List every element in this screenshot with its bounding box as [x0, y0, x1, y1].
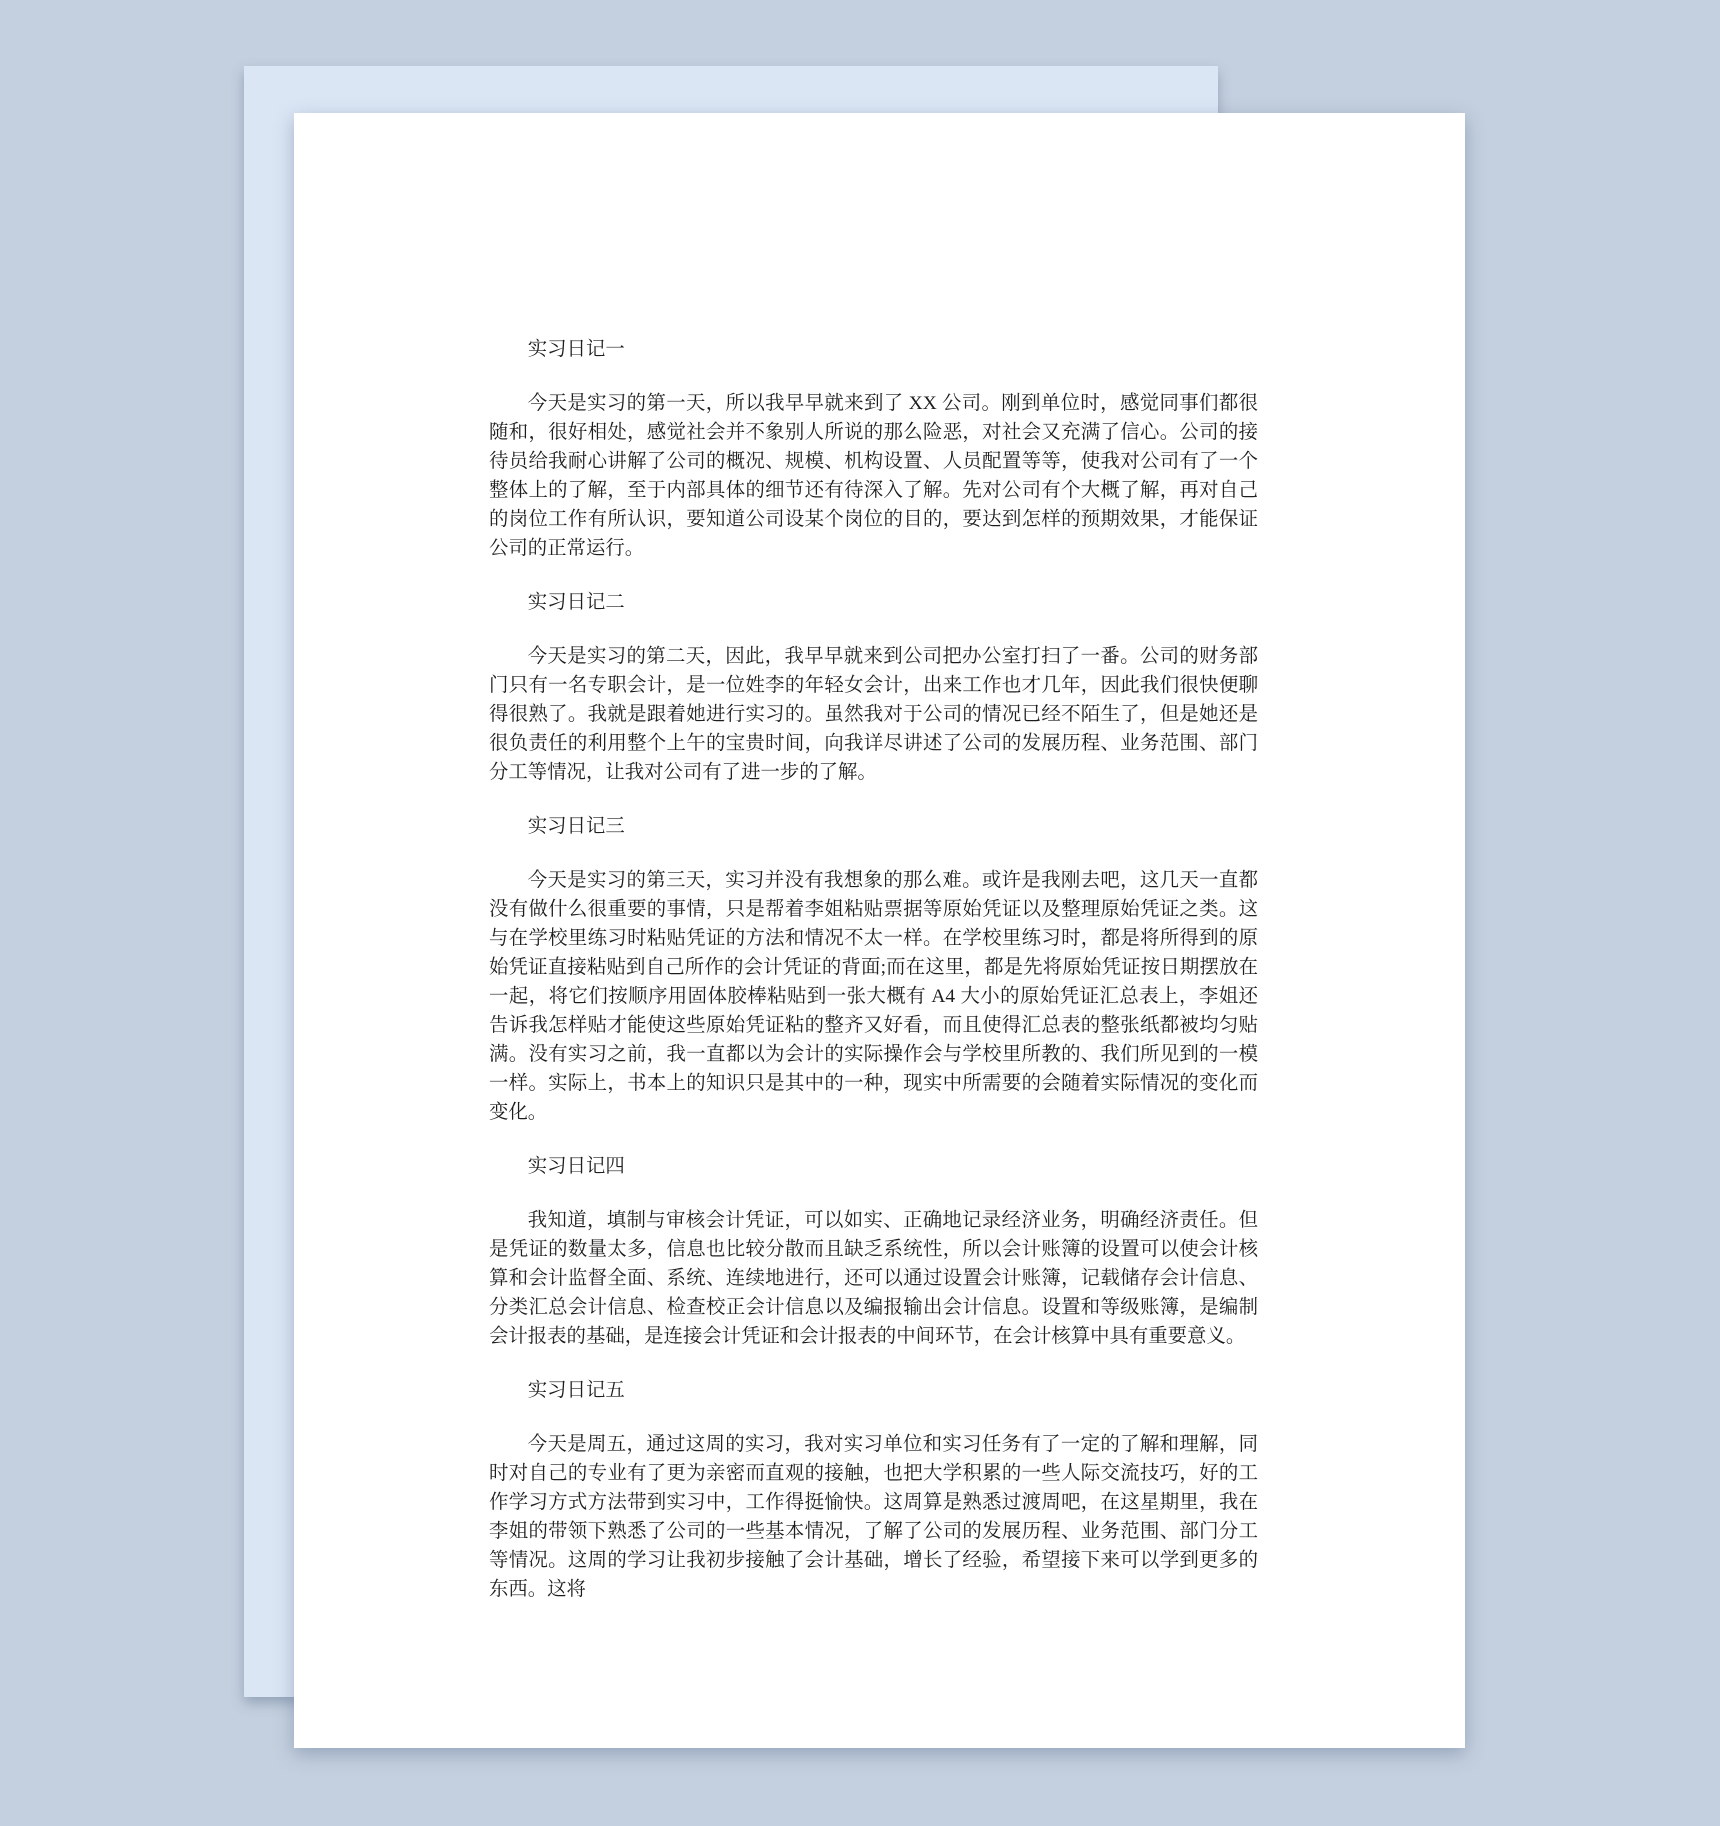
section-heading: 实习日记二 [489, 588, 1258, 617]
diary-section: 实习日记四 我知道，填制与审核会计凭证，可以如实、正确地记录经济业务，明确经济责… [489, 1152, 1258, 1351]
section-paragraph: 今天是周五，通过这周的实习，我对实习单位和实习任务有了一定的了解和理解，同时对自… [489, 1430, 1258, 1604]
section-paragraph: 我知道，填制与审核会计凭证，可以如实、正确地记录经济业务，明确经济责任。但是凭证… [489, 1206, 1258, 1351]
diary-section: 实习日记二 今天是实习的第二天，因此，我早早就来到公司把办公室打扫了一番。公司的… [489, 588, 1258, 787]
section-paragraph: 今天是实习的第一天，所以我早早就来到了 XX 公司。刚到单位时，感觉同事们都很随… [489, 389, 1258, 563]
diary-section: 实习日记三 今天是实习的第三天，实习并没有我想象的那么难。或许是我刚去吧，这几天… [489, 812, 1258, 1127]
section-heading: 实习日记四 [489, 1152, 1258, 1181]
section-heading: 实习日记一 [489, 335, 1258, 364]
section-paragraph: 今天是实习的第三天，实习并没有我想象的那么难。或许是我刚去吧，这几天一直都没有做… [489, 866, 1258, 1127]
section-heading: 实习日记三 [489, 812, 1258, 841]
diary-section: 实习日记一 今天是实习的第一天，所以我早早就来到了 XX 公司。刚到单位时，感觉… [489, 335, 1258, 563]
document-page: 实习日记一 今天是实习的第一天，所以我早早就来到了 XX 公司。刚到单位时，感觉… [294, 113, 1465, 1748]
diary-section: 实习日记五 今天是周五，通过这周的实习，我对实习单位和实习任务有了一定的了解和理… [489, 1376, 1258, 1604]
section-paragraph: 今天是实习的第二天，因此，我早早就来到公司把办公室打扫了一番。公司的财务部门只有… [489, 642, 1258, 787]
section-heading: 实习日记五 [489, 1376, 1258, 1405]
